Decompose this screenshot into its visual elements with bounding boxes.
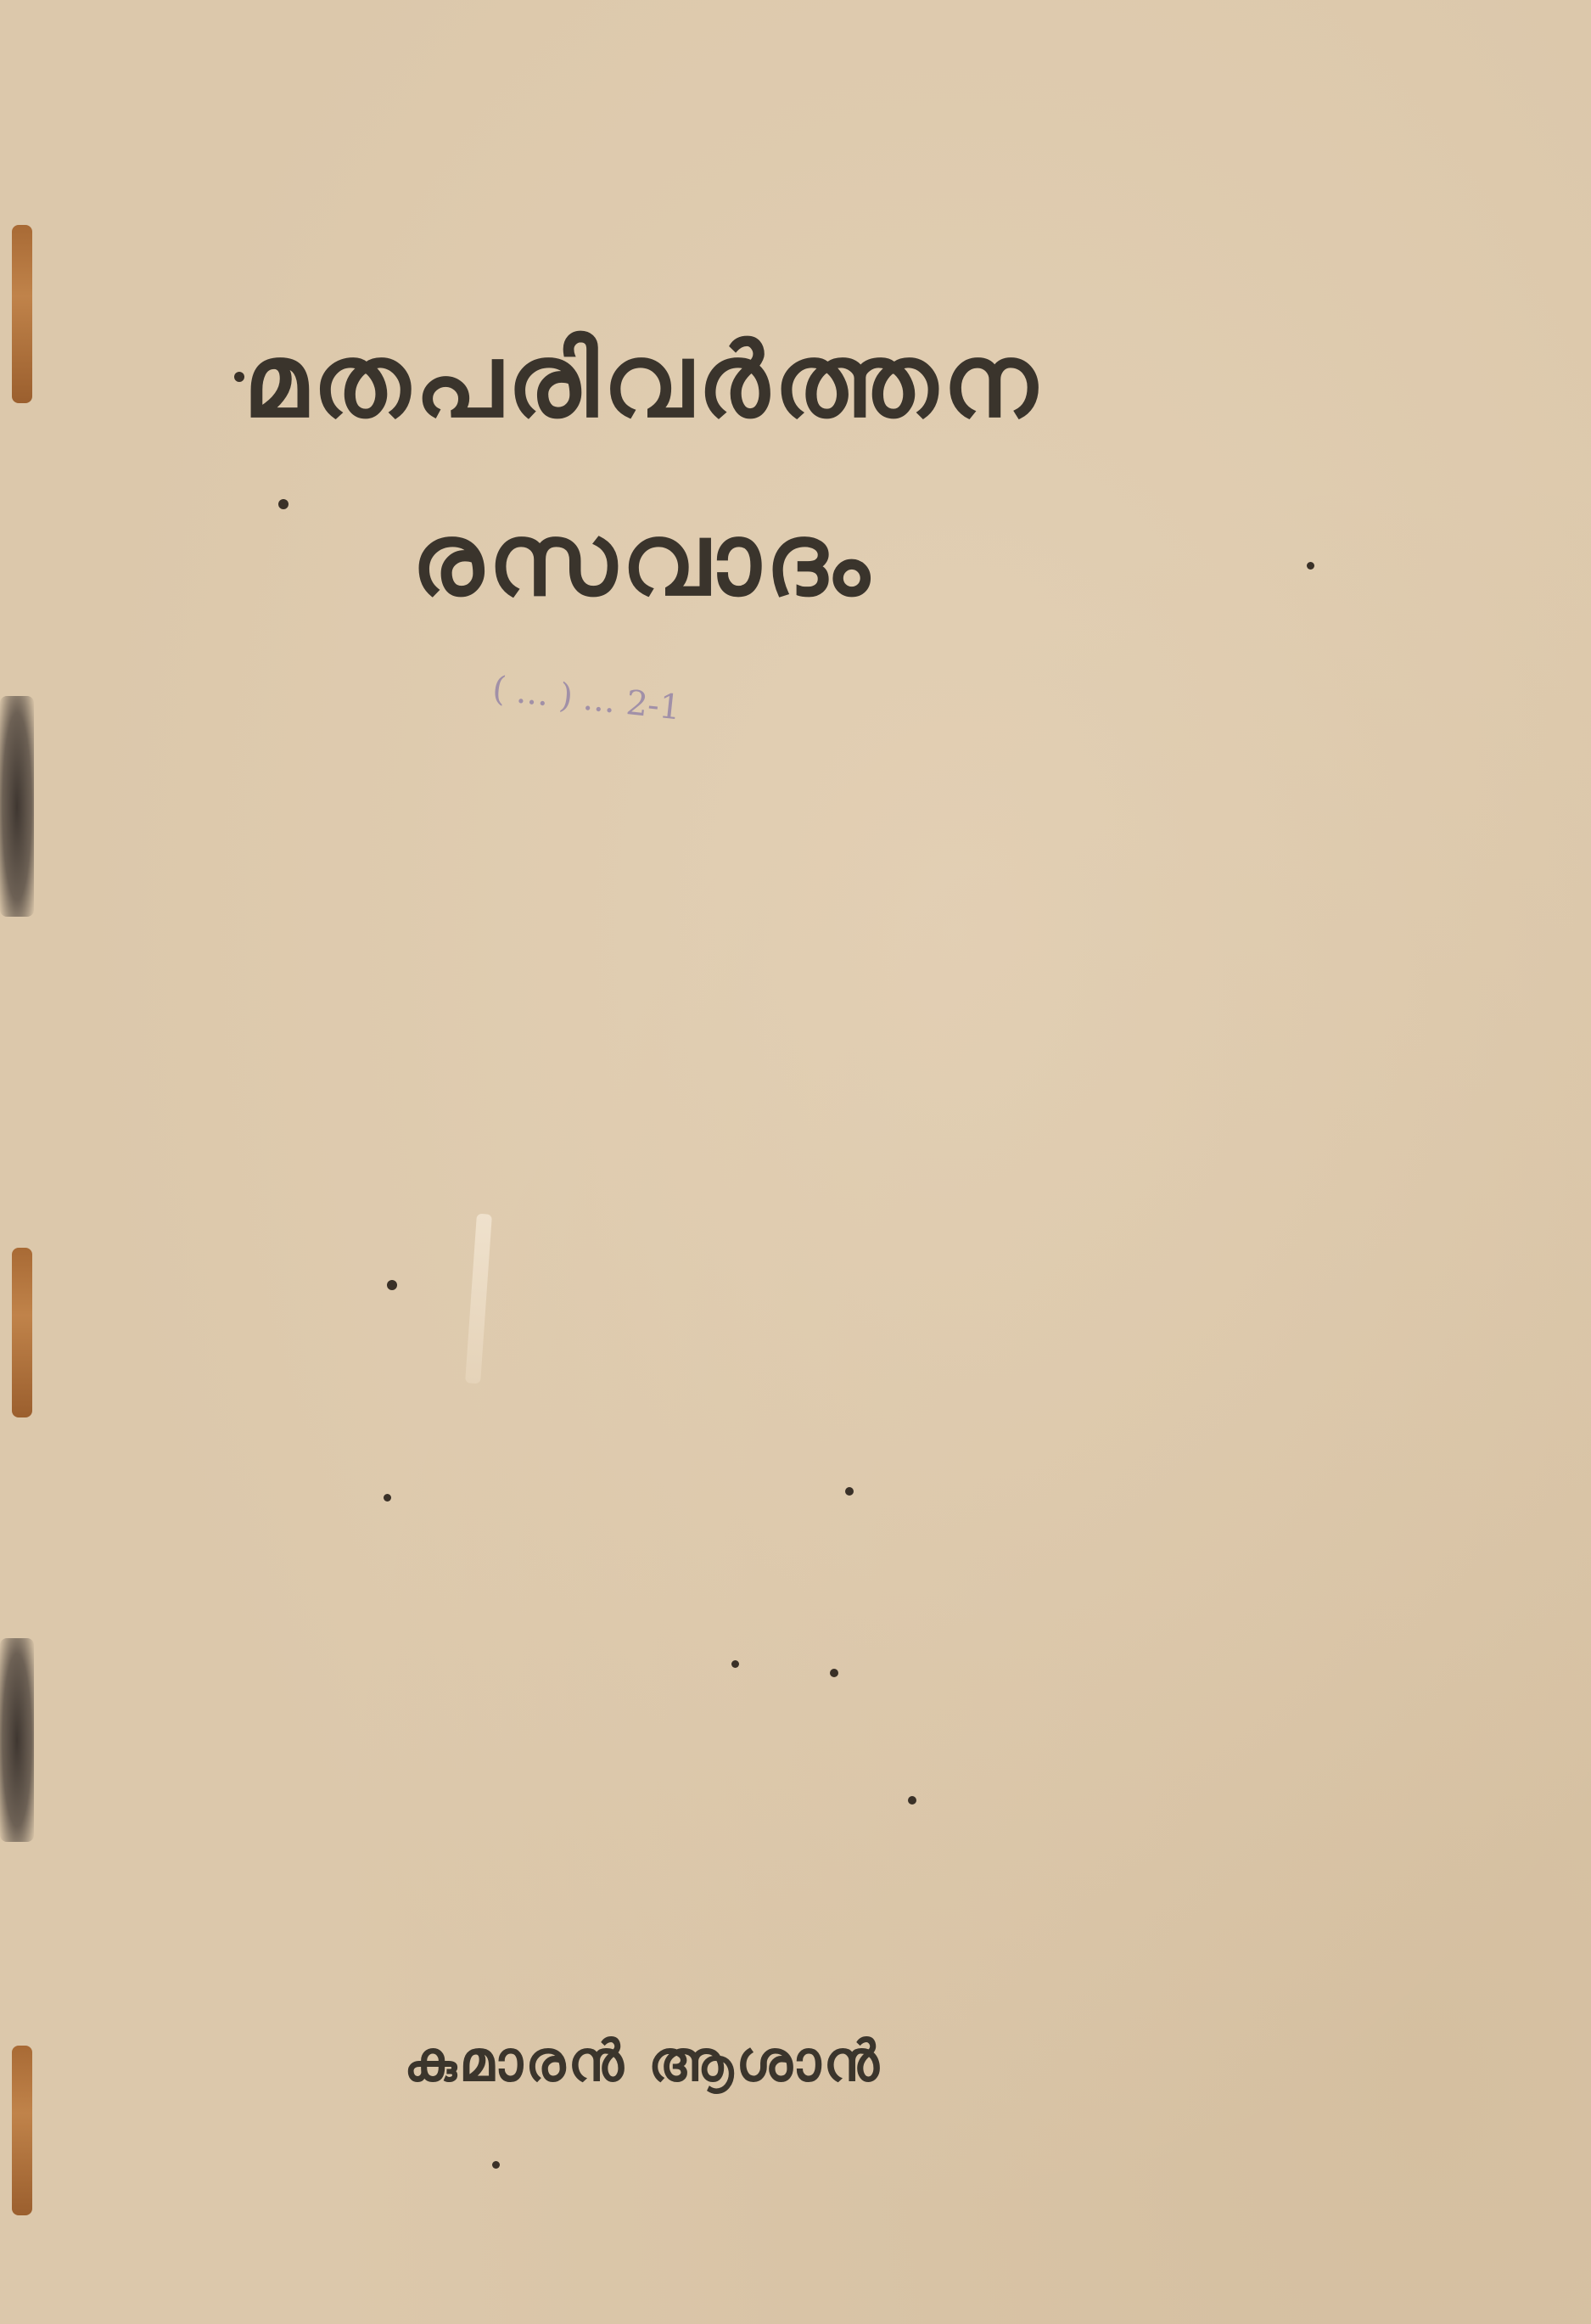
paper-speck	[830, 1669, 838, 1677]
book-cover-page: മതപരിവർത്തന രസവാദം ( ... ) ... 2-1 കുമാര…	[0, 0, 1591, 2324]
paper-speck	[492, 2161, 500, 2169]
paper-speck	[278, 499, 289, 509]
paper-speck	[387, 1280, 397, 1290]
title-line-1: മതപരിവർത്തന	[0, 323, 1591, 441]
library-stamp: ( ... ) ... 2-1	[490, 669, 682, 727]
author-name: കുമാരൻ ആശാൻ	[0, 2029, 1591, 2096]
binding-damage	[0, 1638, 34, 1842]
binding-damage	[0, 696, 34, 917]
title-line-2: രസവാദം	[0, 501, 1591, 620]
paper-scratch	[465, 1214, 492, 1384]
paper-speck	[908, 1796, 916, 1805]
paper-speck	[845, 1487, 854, 1496]
paper-speck	[1307, 562, 1314, 570]
binding-stitch	[12, 1248, 32, 1417]
paper-speck	[731, 1660, 739, 1668]
paper-speck	[384, 1494, 391, 1502]
paper-speck	[234, 372, 244, 382]
